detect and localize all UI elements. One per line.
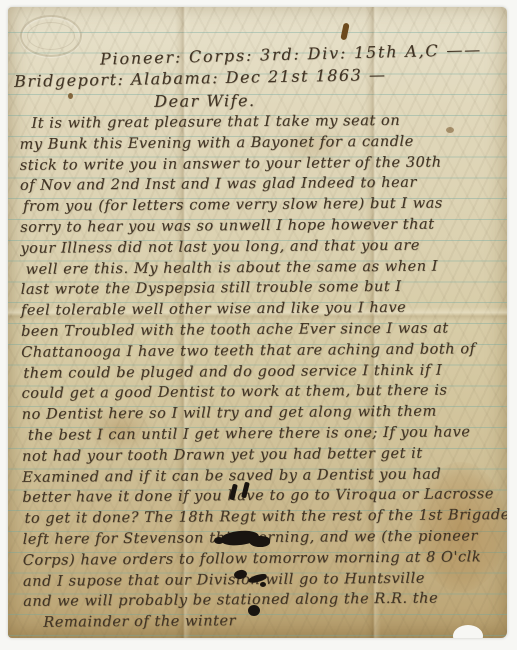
letter-line: Remainder of the winter — [23, 609, 505, 634]
letter-line: sorry to hear you was so unwell I hope h… — [20, 214, 502, 239]
letter-line: stick to write you in answer to your let… — [20, 152, 502, 177]
scan-background: { "colors": { "ink": "#413425", "paper":… — [0, 0, 517, 650]
letter-line: the best I can until I get where there i… — [22, 422, 504, 447]
letter-page: Pioneer: Corps: 3rd: Div: 15th A,C —— Br… — [8, 7, 507, 638]
letter-line: well ere this. My health is about the sa… — [20, 256, 502, 281]
letter-salutation: Dear Wife. — [154, 91, 255, 111]
letter-body: It is with great pleasure that I take my… — [19, 110, 505, 634]
ink-blot — [248, 605, 260, 616]
ink-blot — [214, 537, 224, 544]
letter-line: and we will probably be stationed along … — [23, 588, 505, 613]
letter-line: Corps) have orders to follow tomorrow mo… — [23, 547, 505, 572]
ink-blot — [249, 536, 270, 547]
ink-blot — [260, 582, 266, 587]
letter-heading-unit: Pioneer: Corps: 3rd: Div: 15th A,C —— — [100, 40, 482, 69]
letter-heading-place-date: Bridgeport: Alabama: Dec 21st 1863 — — [14, 65, 387, 91]
